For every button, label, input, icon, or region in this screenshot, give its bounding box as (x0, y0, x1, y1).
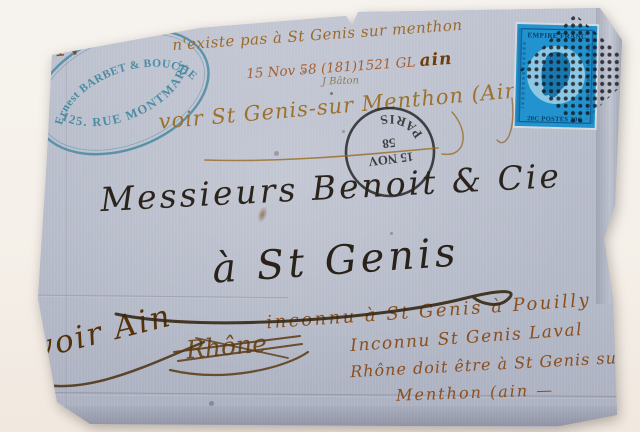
annotation-clerk-note: J Bâton (322, 75, 359, 87)
annotation-top-note: n'existe pas à St Genis sur menthon (172, 16, 463, 54)
letter-cover-wrap: N Ernest BARBET & BOUCHET 125. RUE MONTM… (0, 0, 640, 432)
annotation-crossed-out-rhone: Rhône (185, 329, 268, 365)
annotation-ain-text: ain (419, 49, 453, 71)
stamp-bottom-text: 20C POSTES 20C (527, 115, 583, 123)
annotation-voir-ain: voir Ain (32, 298, 176, 367)
letter-cover-paper: N Ernest BARBET & BOUCHET 125. RUE MONTM… (0, 0, 640, 432)
handwritten-n-mark: N (54, 27, 83, 63)
sender-oval-stamp: Ernest BARBET & BOUCHET 125. RUE MONTMAR… (6, 0, 238, 191)
napoleon-postage-stamp: EMPIRE FRANC 20C POSTES 20C (513, 22, 600, 130)
address-line-destination: à St Genis (211, 229, 461, 292)
bottom-fold-shadow (42, 406, 618, 426)
annotation-note-line: Menthon (ain — (396, 380, 555, 405)
photo-of-letter-cover: N Ernest BARBET & BOUCHET 125. RUE MONTM… (0, 0, 640, 432)
stamp-top-text: EMPIRE FRANC (527, 31, 586, 41)
right-fold-shading (596, 8, 622, 304)
address-line-recipient: Messieurs Benoit & Cie (99, 156, 563, 219)
datestamp-year-text: 58 (381, 135, 396, 152)
annotation-note-line: Inconnu St Genis Laval (350, 320, 584, 356)
